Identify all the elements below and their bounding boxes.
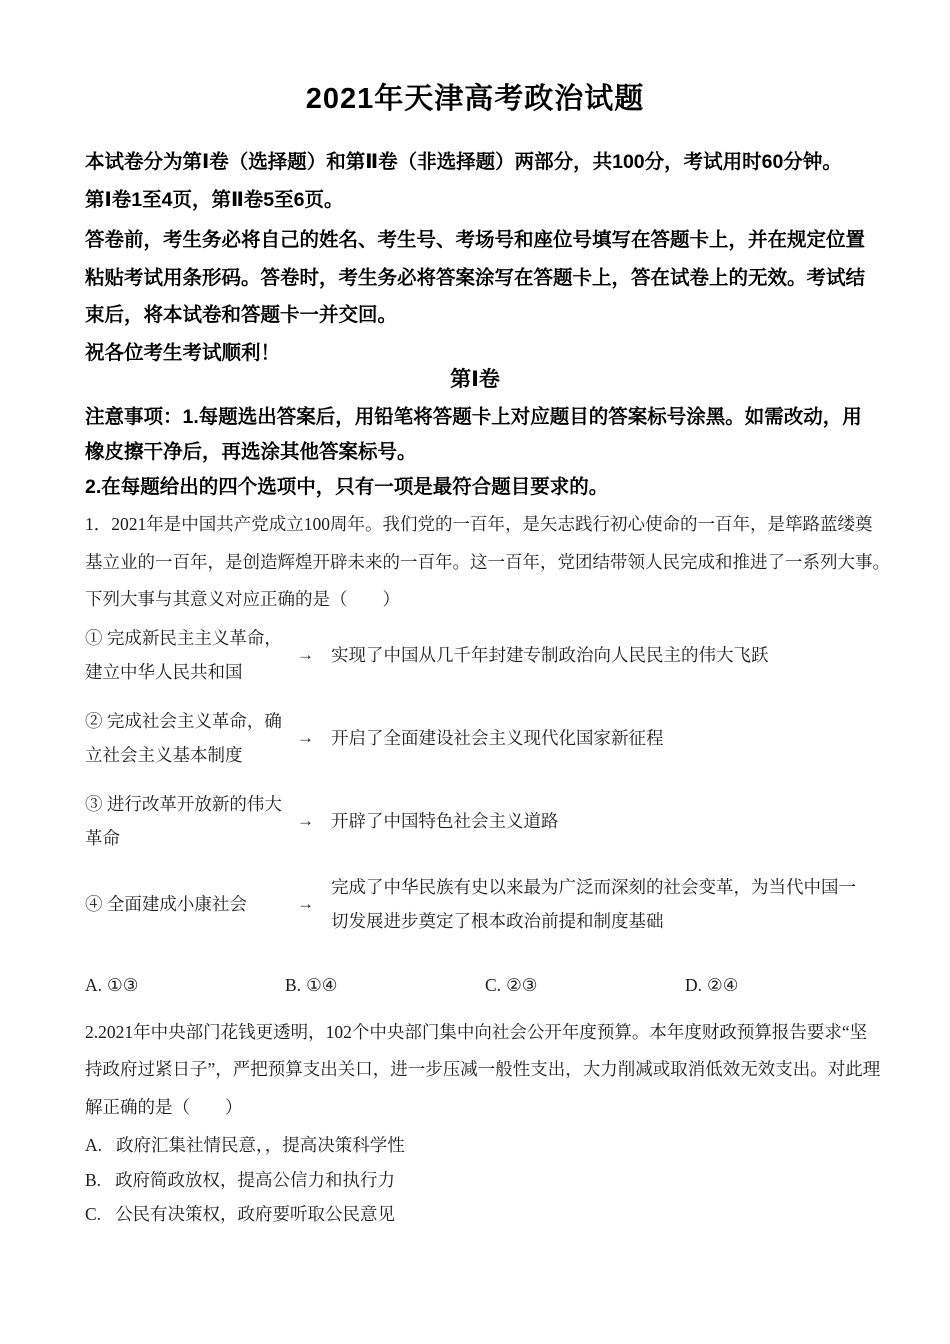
pair-left-line: 立社会主义基本制度 [85, 738, 297, 772]
pair-right-line: 实现了中国从几千年封建专制政治向人民民主的伟大飞跃 [331, 638, 865, 672]
intro-line: 粘贴考试用条形码。答卷时，考生务必将答案涂写在答题卡上，答在试卷上的无效。考试结 [85, 260, 865, 298]
pair-left-line: 建立中华人民共和国 [85, 655, 297, 689]
notice-paragraph: 注意事项：1.每题选出答案后，用铅笔将答题卡上对应题目的答案标号涂黑。如需改动，… [85, 400, 865, 505]
match-pair-row-4: ④ 全面建成小康社会 → 完成了中华民族有史以来最为广泛而深刻的社会变革，为当代… [85, 870, 865, 938]
stem-line: 解正确的是（ ） [85, 1089, 865, 1127]
page-title: 2021年天津高考政治试题 [85, 80, 865, 118]
pair-left: ③ 进行改革开放新的伟大 革命 [85, 787, 297, 855]
intro-line: 本试卷分为第Ⅰ卷（选择题）和第Ⅱ卷（非选择题）两部分，共100分，考试用时60分… [85, 144, 865, 182]
option-label: C. [85, 1204, 101, 1224]
right-arrow-icon: → [297, 894, 331, 914]
exam-intro-paragraph-3: 祝各位考生考试顺利！ [85, 335, 865, 373]
exam-intro-paragraph-1: 本试卷分为第Ⅰ卷（选择题）和第Ⅱ卷（非选择题）两部分，共100分，考试用时60分… [85, 144, 865, 219]
stem-line: 下列大事与其意义对应正确的是（ ） [85, 581, 865, 619]
pair-left-line: ③ 进行改革开放新的伟大 [85, 787, 297, 821]
question-2-option-c: C.公民有决策权，政府要听取公民意见 [85, 1197, 865, 1232]
match-pair-row-1: ① 完成新民主主义革命， 建立中华人民共和国 → 实现了中国从几千年封建专制政治… [85, 621, 865, 689]
question-1-option-a: A.①③ [85, 972, 285, 998]
exam-page: 2021年天津高考政治试题 本试卷分为第Ⅰ卷（选择题）和第Ⅱ卷（非选择题）两部分… [0, 0, 950, 1344]
exam-intro-paragraph-2: 答卷前，考生务必将自己的姓名、考生号、考场号和座位号填写在答题卡上，并在规定位置… [85, 222, 865, 335]
option-text: 公民有决策权，政府要听取公民意见 [115, 1204, 395, 1224]
notice-line: 注意事项：1.每题选出答案后，用铅笔将答题卡上对应题目的答案标号涂黑。如需改动，… [85, 400, 865, 435]
option-label: D. [685, 975, 702, 995]
pair-left-line: ④ 全面建成小康社会 [85, 887, 297, 921]
question-2-option-a: A.政府汇集社情民意，，提高决策科学性 [85, 1128, 865, 1163]
option-text: 政府简政放权，提高公信力和执行力 [115, 1170, 395, 1190]
pair-right: 完成了中华民族有史以来最为广泛而深刻的社会变革，为当代中国一 切发展进步奠定了根… [331, 870, 865, 938]
option-value: ②④ [707, 975, 738, 995]
question-1-option-d: D.②④ [685, 972, 738, 998]
pair-right: 实现了中国从几千年封建专制政治向人民民主的伟大飞跃 [331, 638, 865, 672]
intro-line: 答卷前，考生务必将自己的姓名、考生号、考场号和座位号填写在答题卡上，并在规定位置 [85, 222, 865, 260]
option-label: C. [485, 975, 501, 995]
right-arrow-icon: → [297, 728, 331, 748]
option-value: ①④ [306, 975, 337, 995]
pair-left: ① 完成新民主主义革命， 建立中华人民共和国 [85, 621, 297, 689]
option-value: ①③ [107, 975, 138, 995]
question-2-options: A.政府汇集社情民意，，提高决策科学性 B.政府简政放权，提高公信力和执行力 C… [85, 1128, 865, 1232]
pair-left: ④ 全面建成小康社会 [85, 887, 297, 921]
question-1-matching-table: ① 完成新民主主义革命， 建立中华人民共和国 → 实现了中国从几千年封建专制政治… [85, 621, 865, 938]
question-1-stem: 1．2021年是中国共产党成立100周年。我们党的一百年，是矢志践行初心使命的一… [85, 506, 865, 619]
option-text: 政府汇集社情民意，，提高决策科学性 [116, 1135, 405, 1155]
option-label: B. [85, 1170, 101, 1190]
match-pair-row-2: ② 完成社会主义革命，确 立社会主义基本制度 → 开启了全面建设社会主义现代化国… [85, 704, 865, 772]
pair-right: 开辟了中国特色社会主义道路 [331, 804, 865, 838]
question-1-options-row: A.①③ B.①④ C.②③ D.②④ [85, 972, 865, 998]
question-2-stem: 2.2021年中央部门花钱更透明，102个中央部门集中向社会公开年度预算。本年度… [85, 1014, 865, 1127]
question-2-option-b: B.政府简政放权，提高公信力和执行力 [85, 1163, 865, 1198]
right-arrow-icon: → [297, 811, 331, 831]
pair-right-line: 切发展进步奠定了根本政治前提和制度基础 [331, 904, 865, 938]
match-pair-row-3: ③ 进行改革开放新的伟大 革命 → 开辟了中国特色社会主义道路 [85, 787, 865, 855]
stem-line: 基立业的一百年，是创造辉煌开辟未来的一百年。这一百年，党团结带领人民完成和推进了… [85, 544, 865, 582]
option-label: A. [85, 1135, 102, 1155]
option-value: ②③ [506, 975, 537, 995]
notice-line: 橡皮擦干净后，再选涂其他答案标号。 [85, 435, 865, 470]
option-label: B. [285, 975, 301, 995]
pair-right-line: 完成了中华民族有史以来最为广泛而深刻的社会变革，为当代中国一 [331, 870, 865, 904]
pair-right-line: 开启了全面建设社会主义现代化国家新征程 [331, 721, 865, 755]
question-1-option-c: C.②③ [485, 972, 685, 998]
pair-left-line: ② 完成社会主义革命，确 [85, 704, 297, 738]
option-label: A. [85, 975, 102, 995]
intro-line: 第Ⅰ卷1至4页，第Ⅱ卷5至6页。 [85, 182, 865, 220]
intro-line: 束后，将本试卷和答题卡一并交回。 [85, 297, 865, 335]
pair-left-line: 革命 [85, 821, 297, 855]
intro-line: 祝各位考生考试顺利！ [85, 335, 865, 373]
pair-left: ② 完成社会主义革命，确 立社会主义基本制度 [85, 704, 297, 772]
stem-line: 1．2021年是中国共产党成立100周年。我们党的一百年，是矢志践行初心使命的一… [85, 506, 865, 544]
pair-right-line: 开辟了中国特色社会主义道路 [331, 804, 865, 838]
question-1-option-b: B.①④ [285, 972, 485, 998]
right-arrow-icon: → [297, 645, 331, 665]
stem-line: 持政府过紧日子”，严把预算支出关口，进一步压减一般性支出，大力削减或取消低效无效… [85, 1051, 865, 1089]
pair-left-line: ① 完成新民主主义革命， [85, 621, 297, 655]
pair-right: 开启了全面建设社会主义现代化国家新征程 [331, 721, 865, 755]
notice-line: 2.在每题给出的四个选项中，只有一项是最符合题目要求的。 [85, 470, 865, 505]
stem-line: 2.2021年中央部门花钱更透明，102个中央部门集中向社会公开年度预算。本年度… [85, 1014, 865, 1052]
